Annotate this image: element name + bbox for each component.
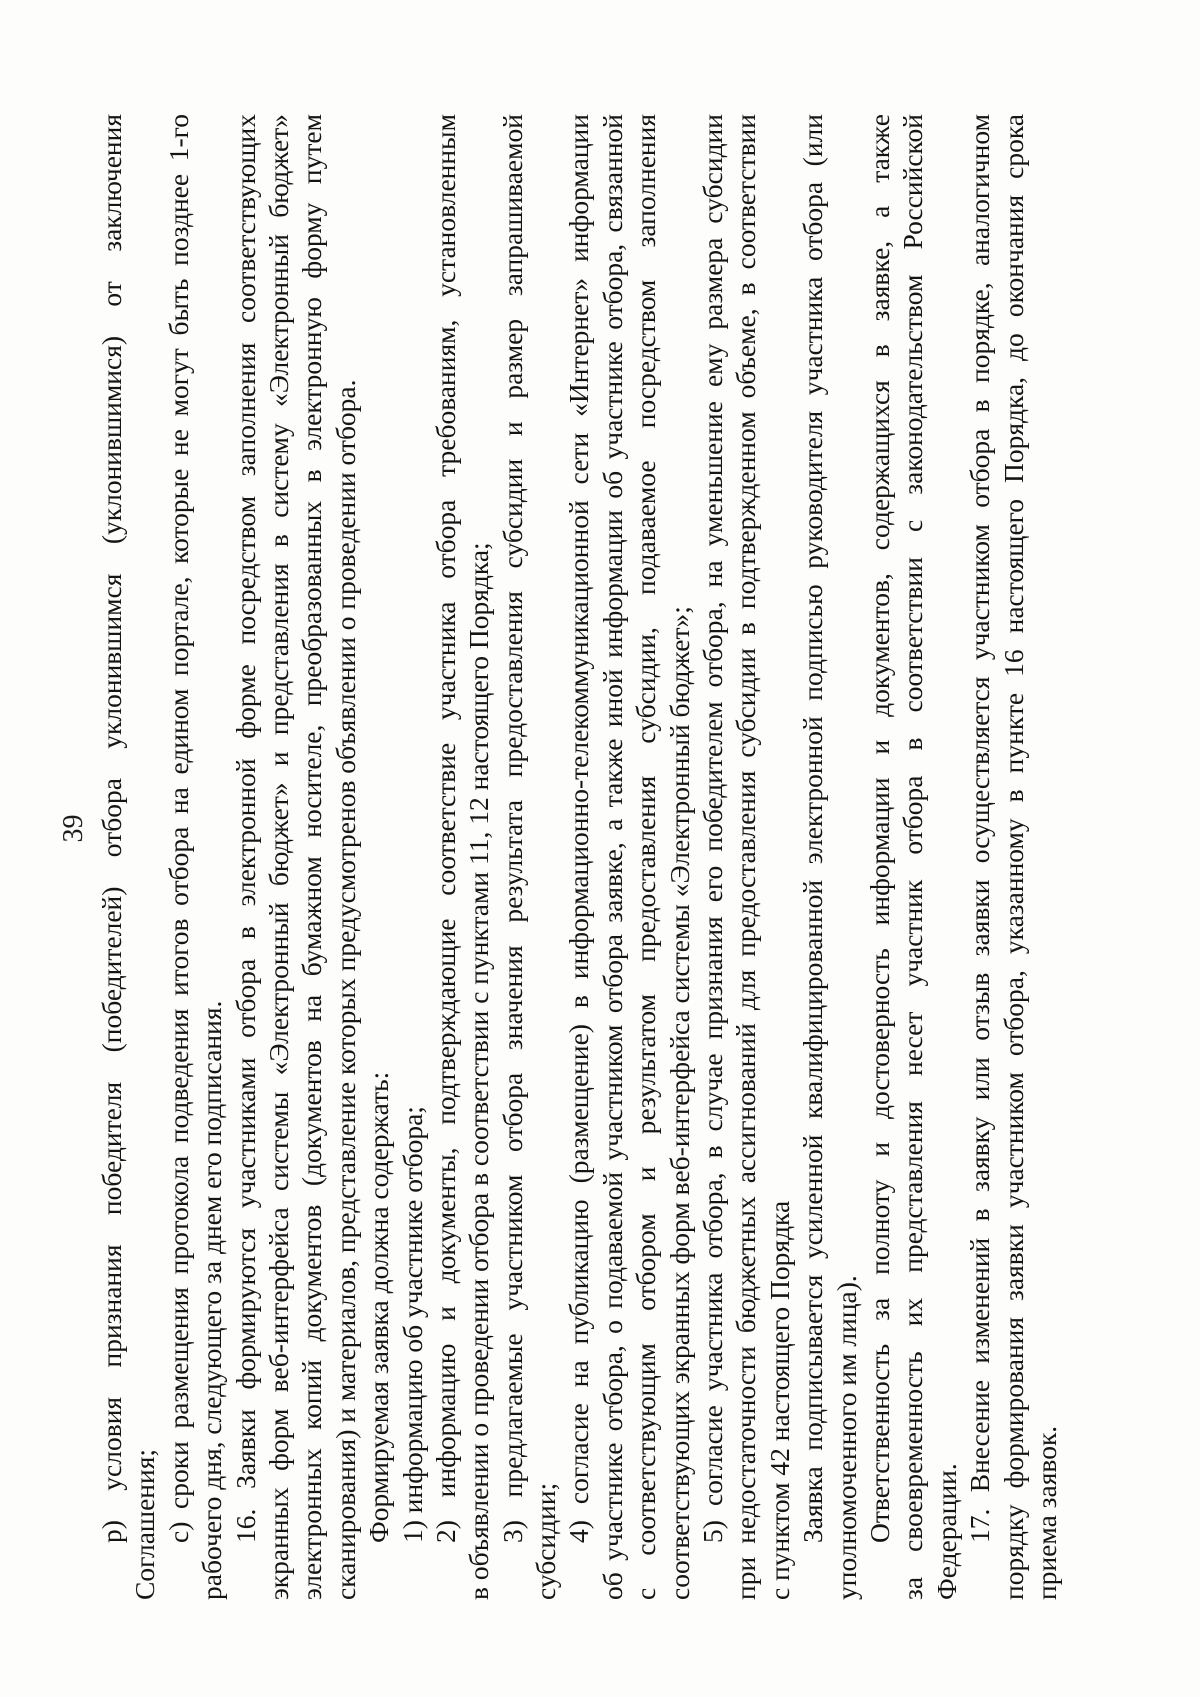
text-line: об участнике отбора, о подаваемой участн… <box>596 114 629 1600</box>
page-number: 39 <box>58 0 90 1697</box>
text-line: сканирования) и материалов, представлени… <box>329 114 362 1600</box>
scanned-document-sheet: 39 р) условия признания победителя (побе… <box>0 0 1200 1697</box>
text-line: соответствующих экранных форм веб-интерф… <box>663 114 696 1600</box>
text-line: электронных копий документов (документов… <box>295 114 328 1600</box>
text-line: с соответствующим отбором и результатом … <box>629 114 662 1600</box>
text-line: 3) предлагаемые участником отбора значен… <box>496 114 529 1600</box>
text-line: субсидии; <box>529 114 562 1600</box>
text-line: 5) согласие участника отбора, в случае п… <box>696 114 729 1600</box>
text-line: 4) согласие на публикацию (размещение) в… <box>562 114 595 1600</box>
text-line: экранных форм веб-интерфейса системы «Эл… <box>262 114 295 1600</box>
text-line: 17. Внесение изменений в заявку или отзы… <box>963 114 996 1600</box>
text-line: порядку формирования заявки участником о… <box>997 114 1030 1600</box>
text-line: с) сроки размещения протокола подведения… <box>162 114 195 1600</box>
text-line: при недостаточности бюджетных ассигнован… <box>729 114 762 1600</box>
document-page: 39 р) условия признания победителя (побе… <box>0 0 1200 1697</box>
text-line: Соглашения; <box>128 114 161 1600</box>
text-line: Федерации. <box>930 114 963 1600</box>
text-line: Заявка подписывается усиленной квалифици… <box>796 114 829 1600</box>
text-line: Формируемая заявка должна содержать: <box>362 114 395 1600</box>
text-line: 2) информацию и документы, подтверждающи… <box>429 114 462 1600</box>
text-line: рабочего дня, следующего за днем его под… <box>195 114 228 1600</box>
text-line: 1) информацию об участнике отбора; <box>396 114 429 1600</box>
text-line: в объявлении о проведении отбора в соотв… <box>462 114 495 1600</box>
text-line: за своевременность их представления несе… <box>896 114 929 1600</box>
text-line: приема заявок. <box>1030 114 1063 1600</box>
text-line: 16. Заявки формируются участниками отбор… <box>229 114 262 1600</box>
document-text-block: р) условия признания победителя (победит… <box>95 114 1063 1600</box>
text-line: Ответственность за полноту и достовернос… <box>863 114 896 1600</box>
text-line: р) условия признания победителя (победит… <box>95 114 128 1600</box>
text-line: уполномоченного им лица). <box>830 114 863 1600</box>
text-line: с пунктом 42 настоящего Порядка <box>763 114 796 1600</box>
